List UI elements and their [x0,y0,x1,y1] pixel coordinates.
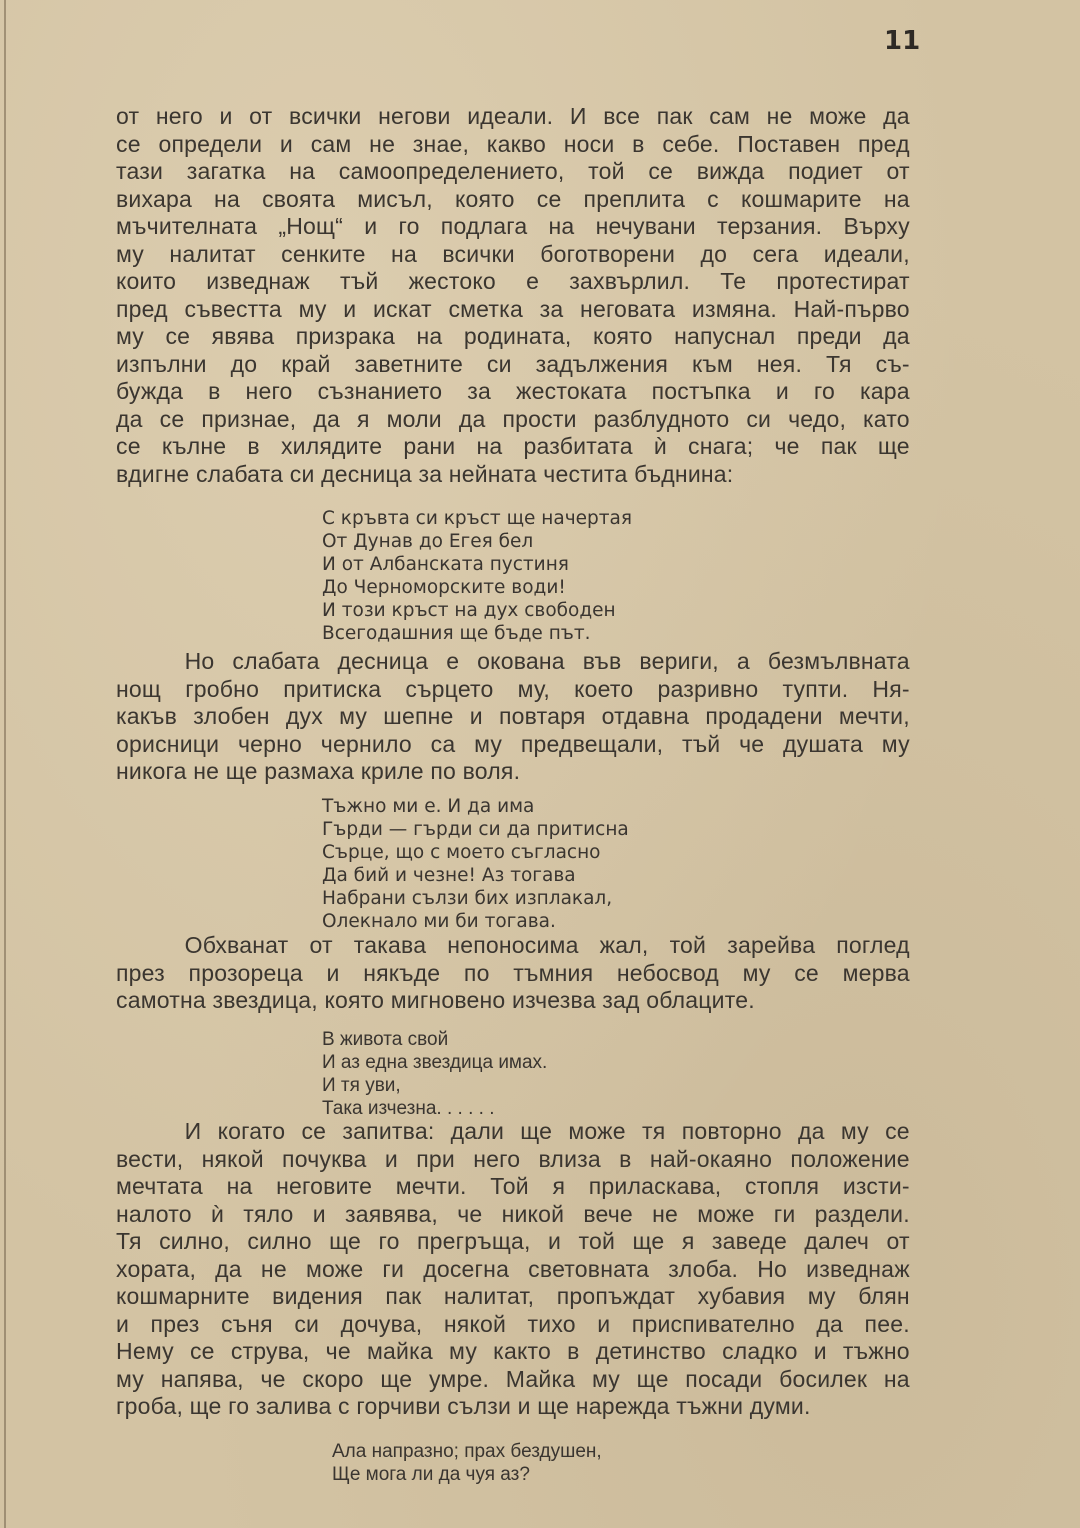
verse-line: Така изчезна. . . . . . [322,1097,547,1120]
text-line: И когато се запитва: дали ще може тя пов… [116,1118,910,1146]
text-line: Тя силно, силно ще го прегръща, и той ще… [116,1228,910,1256]
verse-line: От Дунав до Егея бел [322,530,632,553]
verse-line: С кръвта си кръст ще начертая [322,507,632,530]
text-line: и през съня си дочува, някой тихо и прис… [116,1311,910,1339]
text-line: самотна звездица, която мигновено изчезв… [116,987,910,1015]
verse-line: Тъжно ми е. И да има [322,795,629,818]
paragraph-2: Но слабата десница е окована във вериги,… [116,648,910,786]
text-line: да се признае, да я моли да прости разбл… [116,406,910,434]
text-line: пред съвестта му и искат сметка за негов… [116,296,910,324]
text-line: му налитат сенките на всички боготворени… [116,241,910,269]
text-line: които изведнаж тъй жестоко е захвърлил. … [116,268,910,296]
text-line: мечтата на неговите мечти. Той я приласк… [116,1173,910,1201]
text-line: орисници черно чернило са му предвещали,… [116,731,910,759]
verse-line: И тя уви, [322,1074,547,1097]
poem-stanza-2: Тъжно ми е. И да има Гърди — гърди си да… [322,795,629,933]
page-edge-line [4,0,6,1528]
verse-line: Да бий и чезне! Аз тогава [322,864,629,887]
page-number: 11 [884,26,920,56]
text-line: мъчителната „Нощ“ и го подлага на нечува… [116,213,910,241]
text-line: се определи и сам не знае, какво носи в … [116,131,910,159]
paragraph-1: от него и от всички негови идеали. И все… [116,103,910,488]
verse-line: Ала напразно; прах бездушен, [332,1440,602,1463]
verse-line: В живота свой [322,1028,547,1051]
text-line: налото ѝ тяло и заявява, че никой вече н… [116,1201,910,1229]
paragraph-4: И когато се запитва: дали ще може тя пов… [116,1118,910,1421]
verse-line: И от Албанската пустиня [322,553,632,576]
verse-line: И този кръст на дух свободен [322,599,632,622]
text-line: никога не ще размаха криле по воля. [116,758,910,786]
text-line: Нему се струва, че майка му както в дети… [116,1338,910,1366]
text-line: изпълни до край заветните си задължения … [116,351,910,379]
verse-line: Сърце, що с моето съгласно [322,841,629,864]
poem-stanza-4: Ала напразно; прах бездушен, Ще мога ли … [332,1440,602,1486]
text-line: гроба, ще го залива с горчиви сълзи и ще… [116,1393,910,1421]
verse-line: Гърди — гърди си да притисна [322,818,629,841]
text-line: вдигне слабата си десница за нейната чес… [116,461,910,489]
verse-line: До Черноморските води! [322,576,632,599]
text-line: Обхванат от такава непоносима жал, той з… [116,932,910,960]
text-line: му се явява призрака на родината, която … [116,323,910,351]
verse-line: Набрани сълзи бих изплакал, [322,887,629,910]
poem-stanza-1: С кръвта си кръст ще начертая От Дунав д… [322,507,632,645]
verse-line: Ще мога ли да чуя аз? [332,1463,602,1486]
text-line: му напява, че скоро ще умре. Майка му ще… [116,1366,910,1394]
text-line: се кълне в хилядите рани на разбитата ѝ … [116,433,910,461]
verse-line: Всегодашния ще бъде път. [322,622,632,645]
text-line: от него и от всички негови идеали. И все… [116,103,910,131]
text-line: Но слабата десница е окована във вериги,… [116,648,910,676]
verse-line: И аз една звездица имах. [322,1051,547,1074]
text-line: нощ гробно притиска сърцето му, което ра… [116,676,910,704]
text-line: бужда в него съзнанието за жестоката пос… [116,378,910,406]
paragraph-3: Обхванат от такава непоносима жал, той з… [116,932,910,1015]
text-line: кошмарните видения пак налитат, пропъжда… [116,1283,910,1311]
text-line: какъв злобен дух му шепне и повтаря отда… [116,703,910,731]
text-line: през прозореца и някъде по тъмния небосв… [116,960,910,988]
text-line: вихара на своята мисъл, която се преплит… [116,186,910,214]
text-line: хората, да не може ги досегна световната… [116,1256,910,1284]
text-line: тази загатка на самоопределението, той с… [116,158,910,186]
text-line: вести, някой почуква и при него влиза в … [116,1146,910,1174]
verse-line: Олекнало ми би тогава. [322,910,629,933]
poem-stanza-3: В живота свой И аз една звездица имах. И… [322,1028,547,1120]
